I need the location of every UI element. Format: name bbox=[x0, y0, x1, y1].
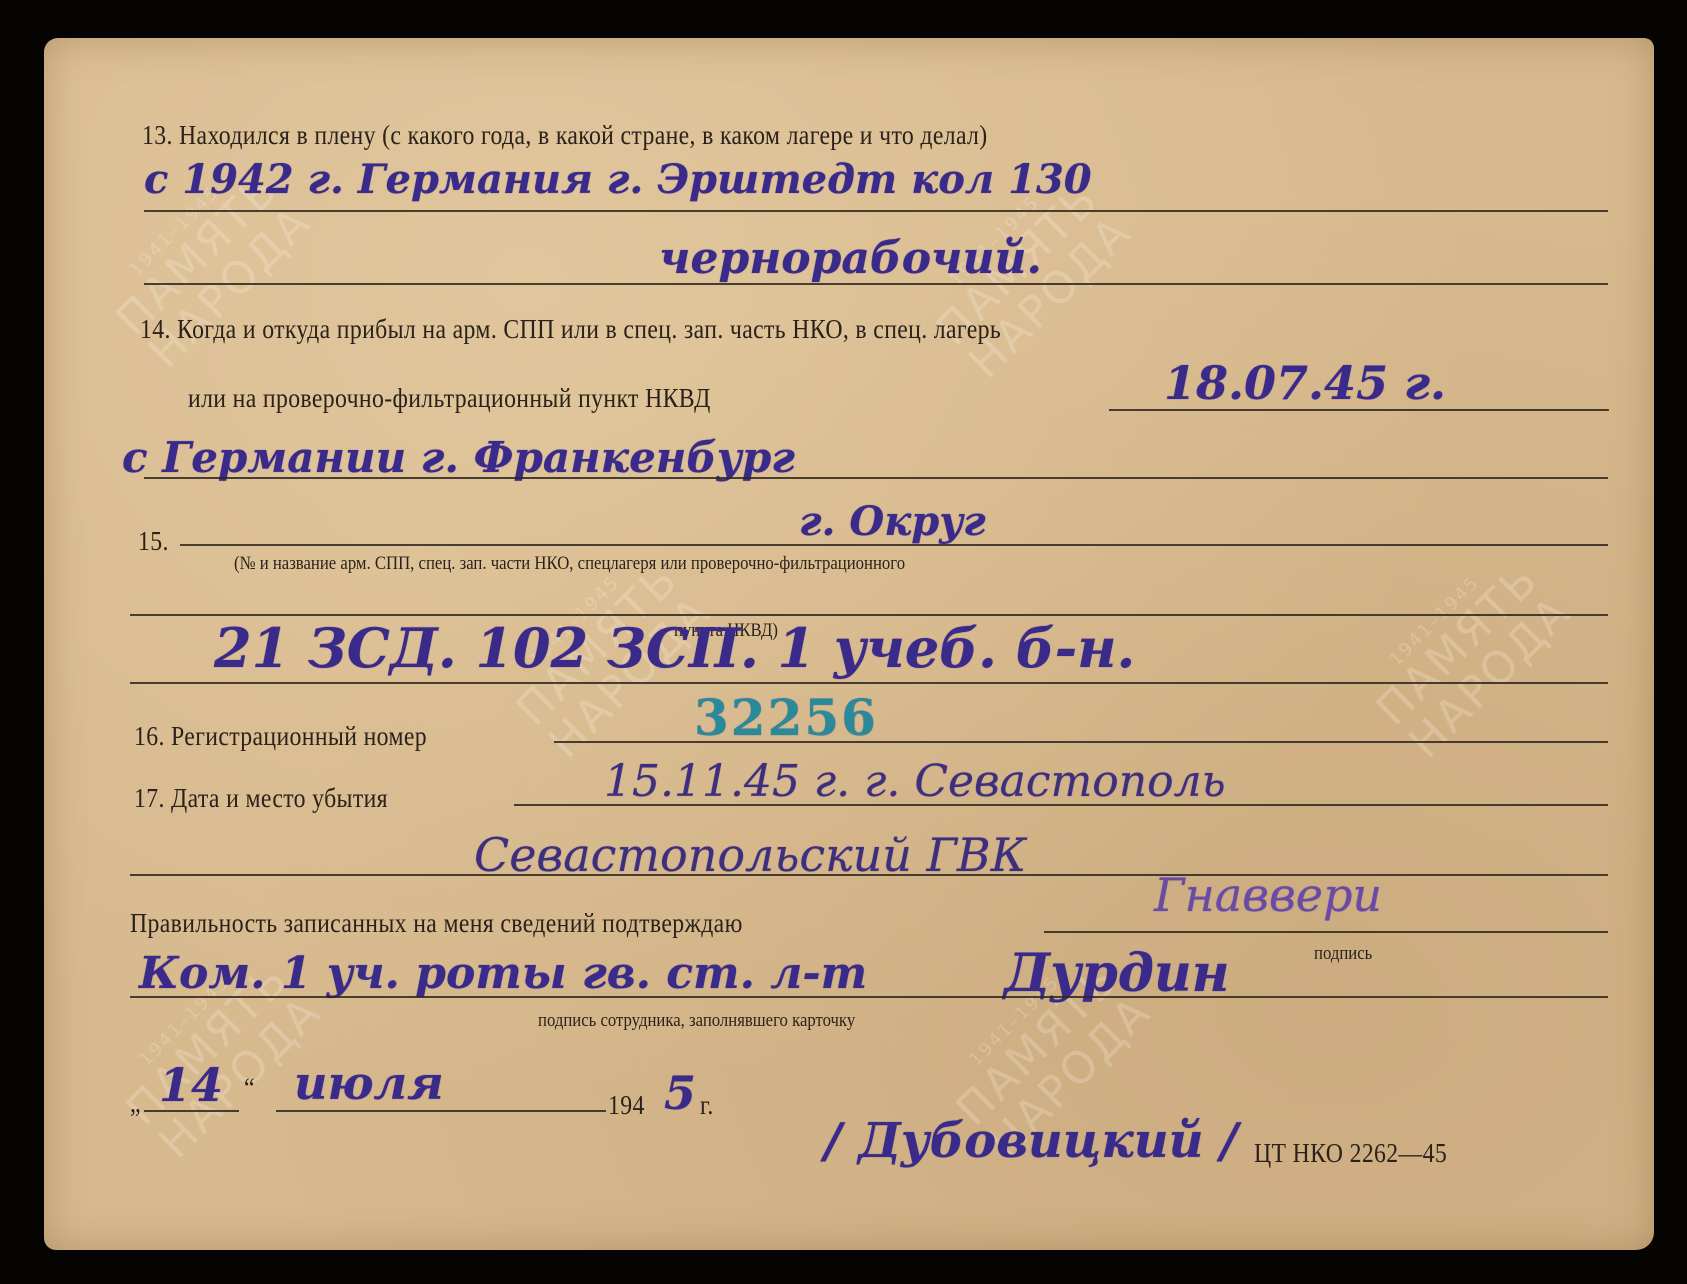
field-15-number: 15. bbox=[138, 526, 169, 557]
field-16-line bbox=[554, 741, 1608, 743]
date-month-line bbox=[276, 1110, 606, 1112]
field-17-label: 17. Дата и место убытия bbox=[134, 783, 388, 814]
officer-signature: Дурдин bbox=[1004, 943, 1230, 1004]
date-day: 14 bbox=[159, 1058, 223, 1112]
field-15-caption-line1: (№ и название арм. СПП, спец. зап. части… bbox=[234, 553, 905, 575]
confirmation-signature: Гнаввери bbox=[1154, 868, 1382, 922]
date-month: июля bbox=[294, 1056, 444, 1110]
field-17-line2 bbox=[130, 874, 1608, 876]
field-13-value-line2: чернорабочий. bbox=[659, 233, 1042, 284]
field-13-label: 13. Находился в плену (с какого года, в … bbox=[142, 120, 988, 151]
confirmation-signature-line bbox=[1044, 931, 1608, 933]
field-17-value-line1: 15.11.45 г. г. Севастополь bbox=[604, 756, 1226, 807]
field-13-line1 bbox=[144, 210, 1608, 212]
date-open-quote: „ bbox=[130, 1088, 141, 1119]
confirmation-signature-caption: подпись bbox=[1314, 943, 1372, 965]
footer-form-code: ЦТ НКО 2262—45 bbox=[1254, 1138, 1447, 1169]
officer-name: / Дубовицкий / bbox=[824, 1113, 1238, 1169]
field-13-line2 bbox=[144, 283, 1608, 285]
field-13-value-line1: с 1942 г. Германия г. Эрштедт кол 130 bbox=[144, 156, 1092, 203]
field-16-value: 32256 bbox=[694, 688, 878, 747]
field-14-line1 bbox=[144, 477, 1608, 479]
field-15-line3 bbox=[130, 682, 1608, 684]
officer-line bbox=[130, 996, 1608, 998]
field-14-value-line2: г. Округ bbox=[799, 498, 986, 545]
confirmation-label: Правильность записанных на меня сведений… bbox=[130, 908, 743, 939]
watermark-right: 1941–1945 ПАМЯТЬ НАРОДА bbox=[1355, 541, 1580, 766]
registration-card: 1941–1945 ПАМЯТЬ НАРОДА 1941–1945 ПАМЯТЬ… bbox=[44, 38, 1654, 1250]
officer-caption: подпись сотрудника, заполнявшего карточк… bbox=[538, 1010, 855, 1032]
field-14-label-line1: 14. Когда и откуда прибыл на арм. СПП ил… bbox=[140, 314, 1001, 345]
field-14-date: 18.07.45 г. bbox=[1164, 356, 1446, 410]
date-year-prefix: 194 bbox=[608, 1090, 645, 1121]
field-17-line1 bbox=[514, 804, 1608, 806]
date-year-suffix: г. bbox=[700, 1090, 714, 1121]
field-15-value: 21 ЗСД. 102 ЗСП. 1 учеб. б-н. bbox=[214, 616, 1135, 680]
officer-position: Ком. 1 уч. роты гв. ст. л-т bbox=[139, 948, 867, 999]
date-close-quote: “ bbox=[244, 1073, 255, 1104]
field-16-label: 16. Регистрационный номер bbox=[134, 721, 427, 752]
date-year-digit: 5 bbox=[664, 1066, 696, 1120]
field-14-value-line1: с Германии г. Франкенбург bbox=[122, 433, 795, 482]
field-14-label-line2: или на проверочно-фильтрационный пункт Н… bbox=[188, 383, 711, 414]
field-15-line1 bbox=[180, 544, 1608, 546]
